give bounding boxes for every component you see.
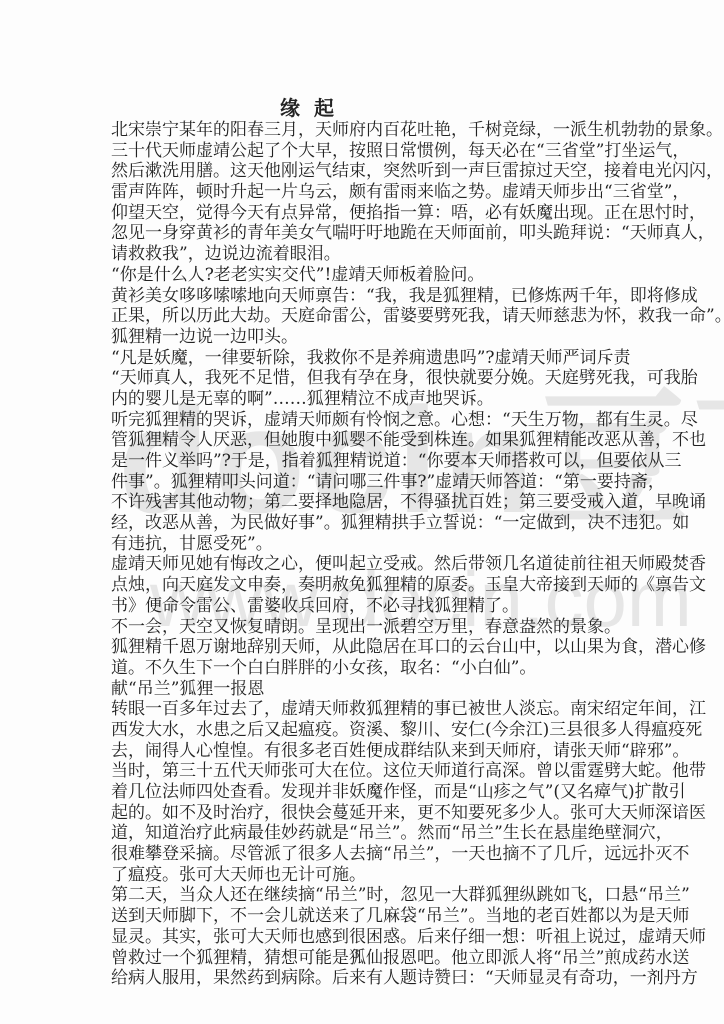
chapter-title: 缘起 bbox=[0, 96, 624, 120]
text-line: 道。不久生下一个白白胖胖的小女孩，取名：“小白仙”。 bbox=[111, 658, 617, 679]
text-line: 管狐狸精令人厌恶，但她腹中狐婴不能受到株连。如果狐狸精能改恶从善，不也 bbox=[111, 430, 617, 451]
text-line: 不一会，天空又恢复晴朗。呈现出一派碧空万里，春意盎然的景象。 bbox=[111, 617, 617, 638]
text-line: 转眼一百多年过去了，虚靖天师救狐狸精的事已被世人淡忘。南宋绍定年间，江 bbox=[111, 699, 617, 720]
text-line: 听完狐狸精的哭诉，虚靖天师颇有怜悯之意。心想：“天生万物，都有生灵。尽 bbox=[111, 410, 617, 431]
text-line: 北宋崇宁某年的阳春三月，天师府内百花吐艳，千树竞绿，一派生机勃勃的景象。 bbox=[111, 120, 617, 141]
text-line: 给病人服用，果然药到病除。后来有人题诗赞曰：“天师显灵有奇功，一剂丹方 bbox=[111, 968, 617, 989]
text-line: 起的。如不及时治疗，很快会蔓延开来，更不知要死多少人。张可大天师深谙医 bbox=[111, 803, 617, 824]
text-line: 了瘟疫。张可大天师也无计可施。 bbox=[111, 865, 617, 886]
text-line: 请救救我”，边说边流着眼泪。 bbox=[111, 244, 617, 265]
text-line: 显灵。其实，张可大天师也感到很困惑。后来仔细一想：听祖上说过，虚靖天师 bbox=[111, 927, 617, 948]
page-number: 3 bbox=[350, 946, 362, 962]
text-line: 件事”。狐狸精叩头问道：“请问哪三件事?”虚靖天师答道：“第一要持斋， bbox=[111, 472, 617, 493]
text-line: 有违抗，甘愿受死”。 bbox=[111, 534, 617, 555]
text-line: 不许残害其他动物；第二要择地隐居，不得骚扰百姓；第三要受戒入道，早晚诵 bbox=[111, 492, 617, 513]
text-line: “天师真人，我死不足惜，但我有孕在身，很快就要分娩。天庭劈死我，可我胎 bbox=[111, 368, 617, 389]
text-line: 很难攀登采摘。尽管派了很多人去摘“吊兰”，一天也摘不了几斤，远远扑灭不 bbox=[111, 844, 617, 865]
text-line: 黄衫美女哆哆嗦嗦地向天师禀告：“我，我是狐狸精，已修炼两千年，即将修成 bbox=[111, 286, 617, 307]
text-line: 书》便命令雷公、雷婆收兵回府，不必寻找狐狸精了。 bbox=[111, 596, 617, 617]
document-page: docin豆丁 www.docin.com 缘起 北宋崇宁某年的阳春三月，天师府… bbox=[0, 0, 724, 1024]
text-line: 第二天，当众人还在继续摘“吊兰”时，忽见一大群狐狸纵跳如飞，口悬“吊兰” bbox=[111, 885, 617, 906]
text-line: 正果，所以历此大劫。天庭命雷公，雷婆要劈死我，请天师慈悲为怀，救我一命”。 bbox=[111, 306, 617, 327]
text-line: 点烛，向天庭发文申奏，奏明赦免狐狸精的原委。玉皇大帝接到天师的《禀告文 bbox=[111, 575, 617, 596]
text-line: 狐狸精一边说一边叩头。 bbox=[111, 327, 617, 348]
text-line: 当时，第三十五代天师张可大在位。这位天师道行高深。曾以雷霆劈大蛇。他带 bbox=[111, 761, 617, 782]
text-line: 经，改恶从善，为民做好事”。狐狸精拱手立誓说：“一定做到，决不违犯。如 bbox=[111, 513, 617, 534]
text-line: “你是什么人?老老实实交代”!虚靖天师板着脸问。 bbox=[111, 265, 617, 286]
text-line: 曾救过一个狐狸精，猜想可能是狐仙报恩吧。他立即派人将“吊兰”煎成药水送 bbox=[111, 948, 617, 969]
body-text: 北宋崇宁某年的阳春三月，天师府内百花吐艳，千树竞绿，一派生机勃勃的景象。三十代天… bbox=[111, 120, 617, 989]
text-line: 送到天师脚下，不一会儿就送来了几麻袋“吊兰”。当地的老百姓都以为是天师 bbox=[111, 906, 617, 927]
text-line: 是一件义举吗”?于是，指着狐狸精说道：“你要本天师搭救可以，但要依从三 bbox=[111, 451, 617, 472]
text-line: 雷声阵阵，顿时升起一片乌云，颇有雷雨来临之势。虚靖天师步出“三省堂”， bbox=[111, 182, 617, 203]
text-line: 然后漱洗用膳。这天他刚运气结束，突然听到一声巨雷掠过天空，接着电光闪闪， bbox=[111, 161, 617, 182]
text-line: 忽见一身穿黄衫的青年美女气喘吁吁地跪在天师面前，叩头跪拜说：“天师真人， bbox=[111, 223, 617, 244]
text-line: 狐狸精千恩万谢地辞别天师，从此隐居在耳口的云台山中，以山果为食，潜心修 bbox=[111, 637, 617, 658]
text-line: 仰望天空，觉得今天有点异常，便掐指一算：唔，必有妖魔出现。正在思忖时， bbox=[111, 203, 617, 224]
text-line: 虚靖天师见她有悔改之心，便叫起立受戒。然后带领几名道徒前往祖天师殿焚香 bbox=[111, 554, 617, 575]
text-line: 三十代天师虚靖公起了个大早，按照日常惯例，每天必在“三省堂”打坐运气， bbox=[111, 141, 617, 162]
text-line: 献“吊兰”狐狸一报恩 bbox=[111, 679, 617, 700]
text-line: 去，闹得人心惶惶。有很多老百姓便成群结队来到天师府，请张天师“辟邪”。 bbox=[111, 741, 617, 762]
text-line: 道，知道治疗此病最佳妙药就是“吊兰”。然而“吊兰”生长在悬崖绝壁洞穴， bbox=[111, 823, 617, 844]
text-line: 内的婴儿是无辜的啊”……狐狸精泣不成声地哭诉。 bbox=[111, 389, 617, 410]
text-line: “凡是妖魔，一律要斩除，我救你不是养痈遗患吗”?虚靖天师严词斥责 bbox=[111, 348, 617, 369]
text-line: 西发大水，水患之后又起瘟疫。资溪、黎川、安仁(今余江)三县很多人得瘟疫死 bbox=[111, 720, 617, 741]
text-line: 着几位法师四处查看。发现并非妖魔作怪，而是“山疹之气”(又名瘴气)扩散引 bbox=[111, 782, 617, 803]
